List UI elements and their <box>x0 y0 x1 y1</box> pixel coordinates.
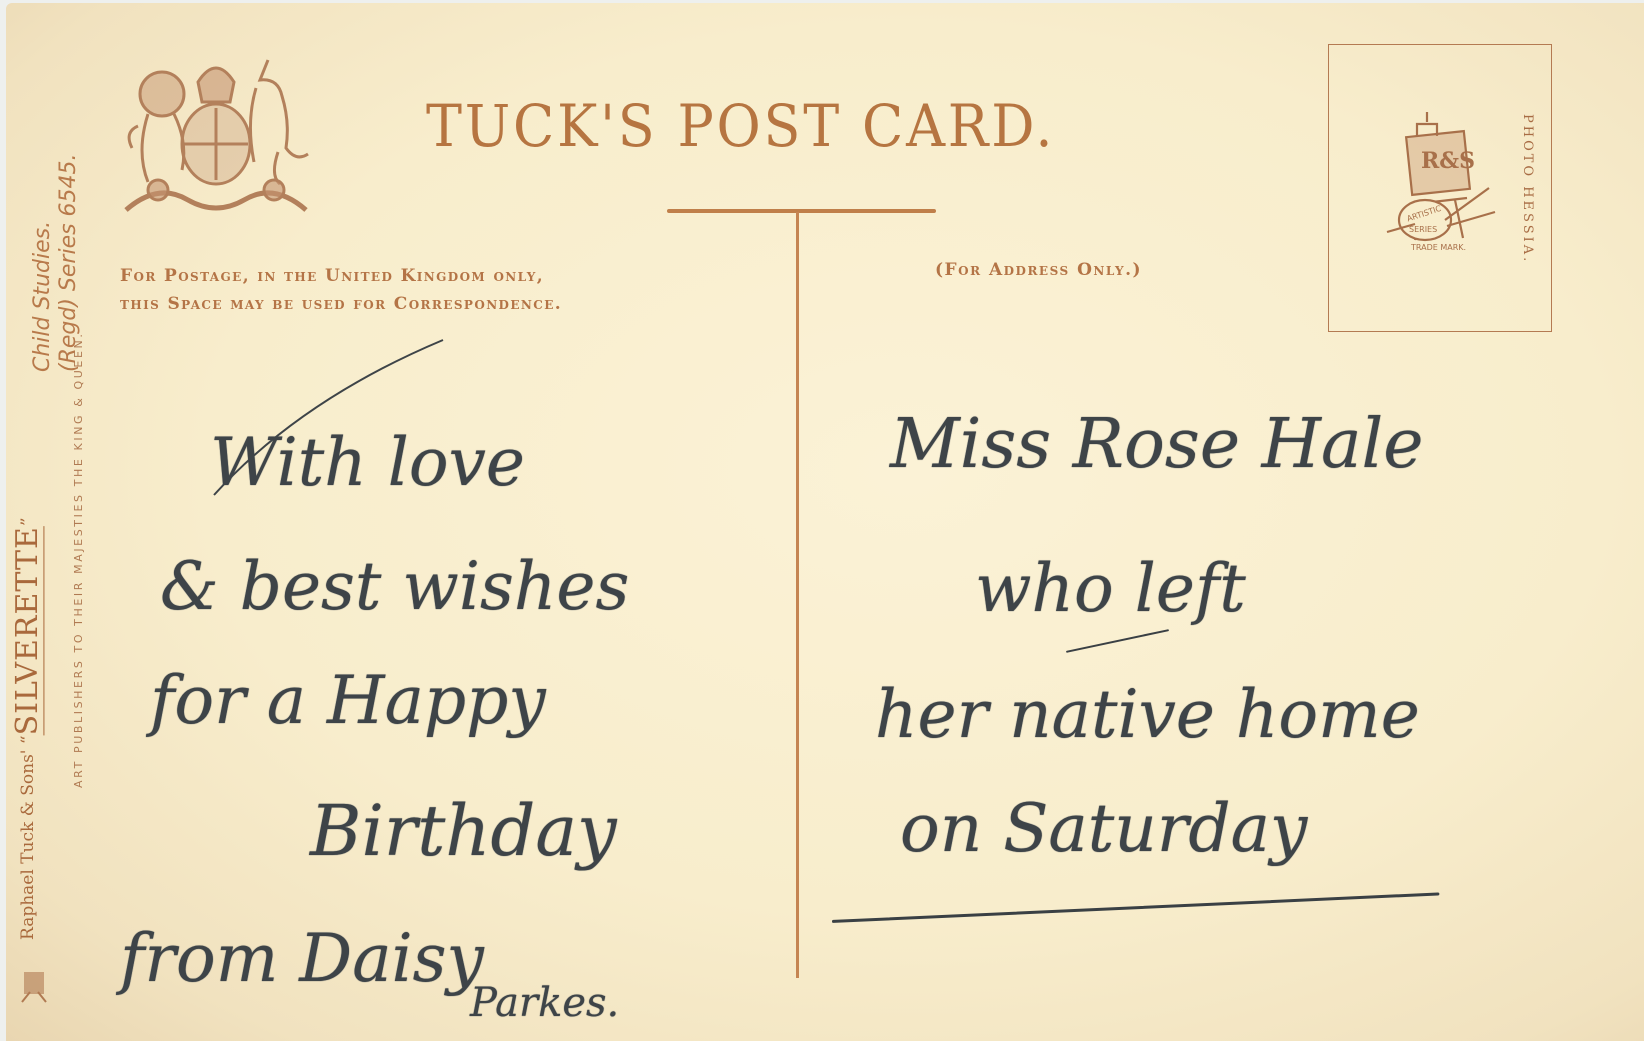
pen-flourish <box>0 0 1644 1041</box>
message-line-5: from Daisy <box>120 920 484 997</box>
message-line-4: Birthday <box>310 790 617 872</box>
message-line-2: & best wishes <box>160 548 629 625</box>
message-signature: Parkes. <box>470 980 619 1026</box>
message-line-1: With love <box>210 424 525 501</box>
message-line-3: for a Happy <box>150 662 546 739</box>
address-line-4: on Saturday <box>900 790 1307 867</box>
address-line-1: Miss Rose Hale <box>890 405 1424 484</box>
address-line-2: who left <box>975 550 1246 627</box>
address-line-3: her native home <box>875 676 1420 753</box>
